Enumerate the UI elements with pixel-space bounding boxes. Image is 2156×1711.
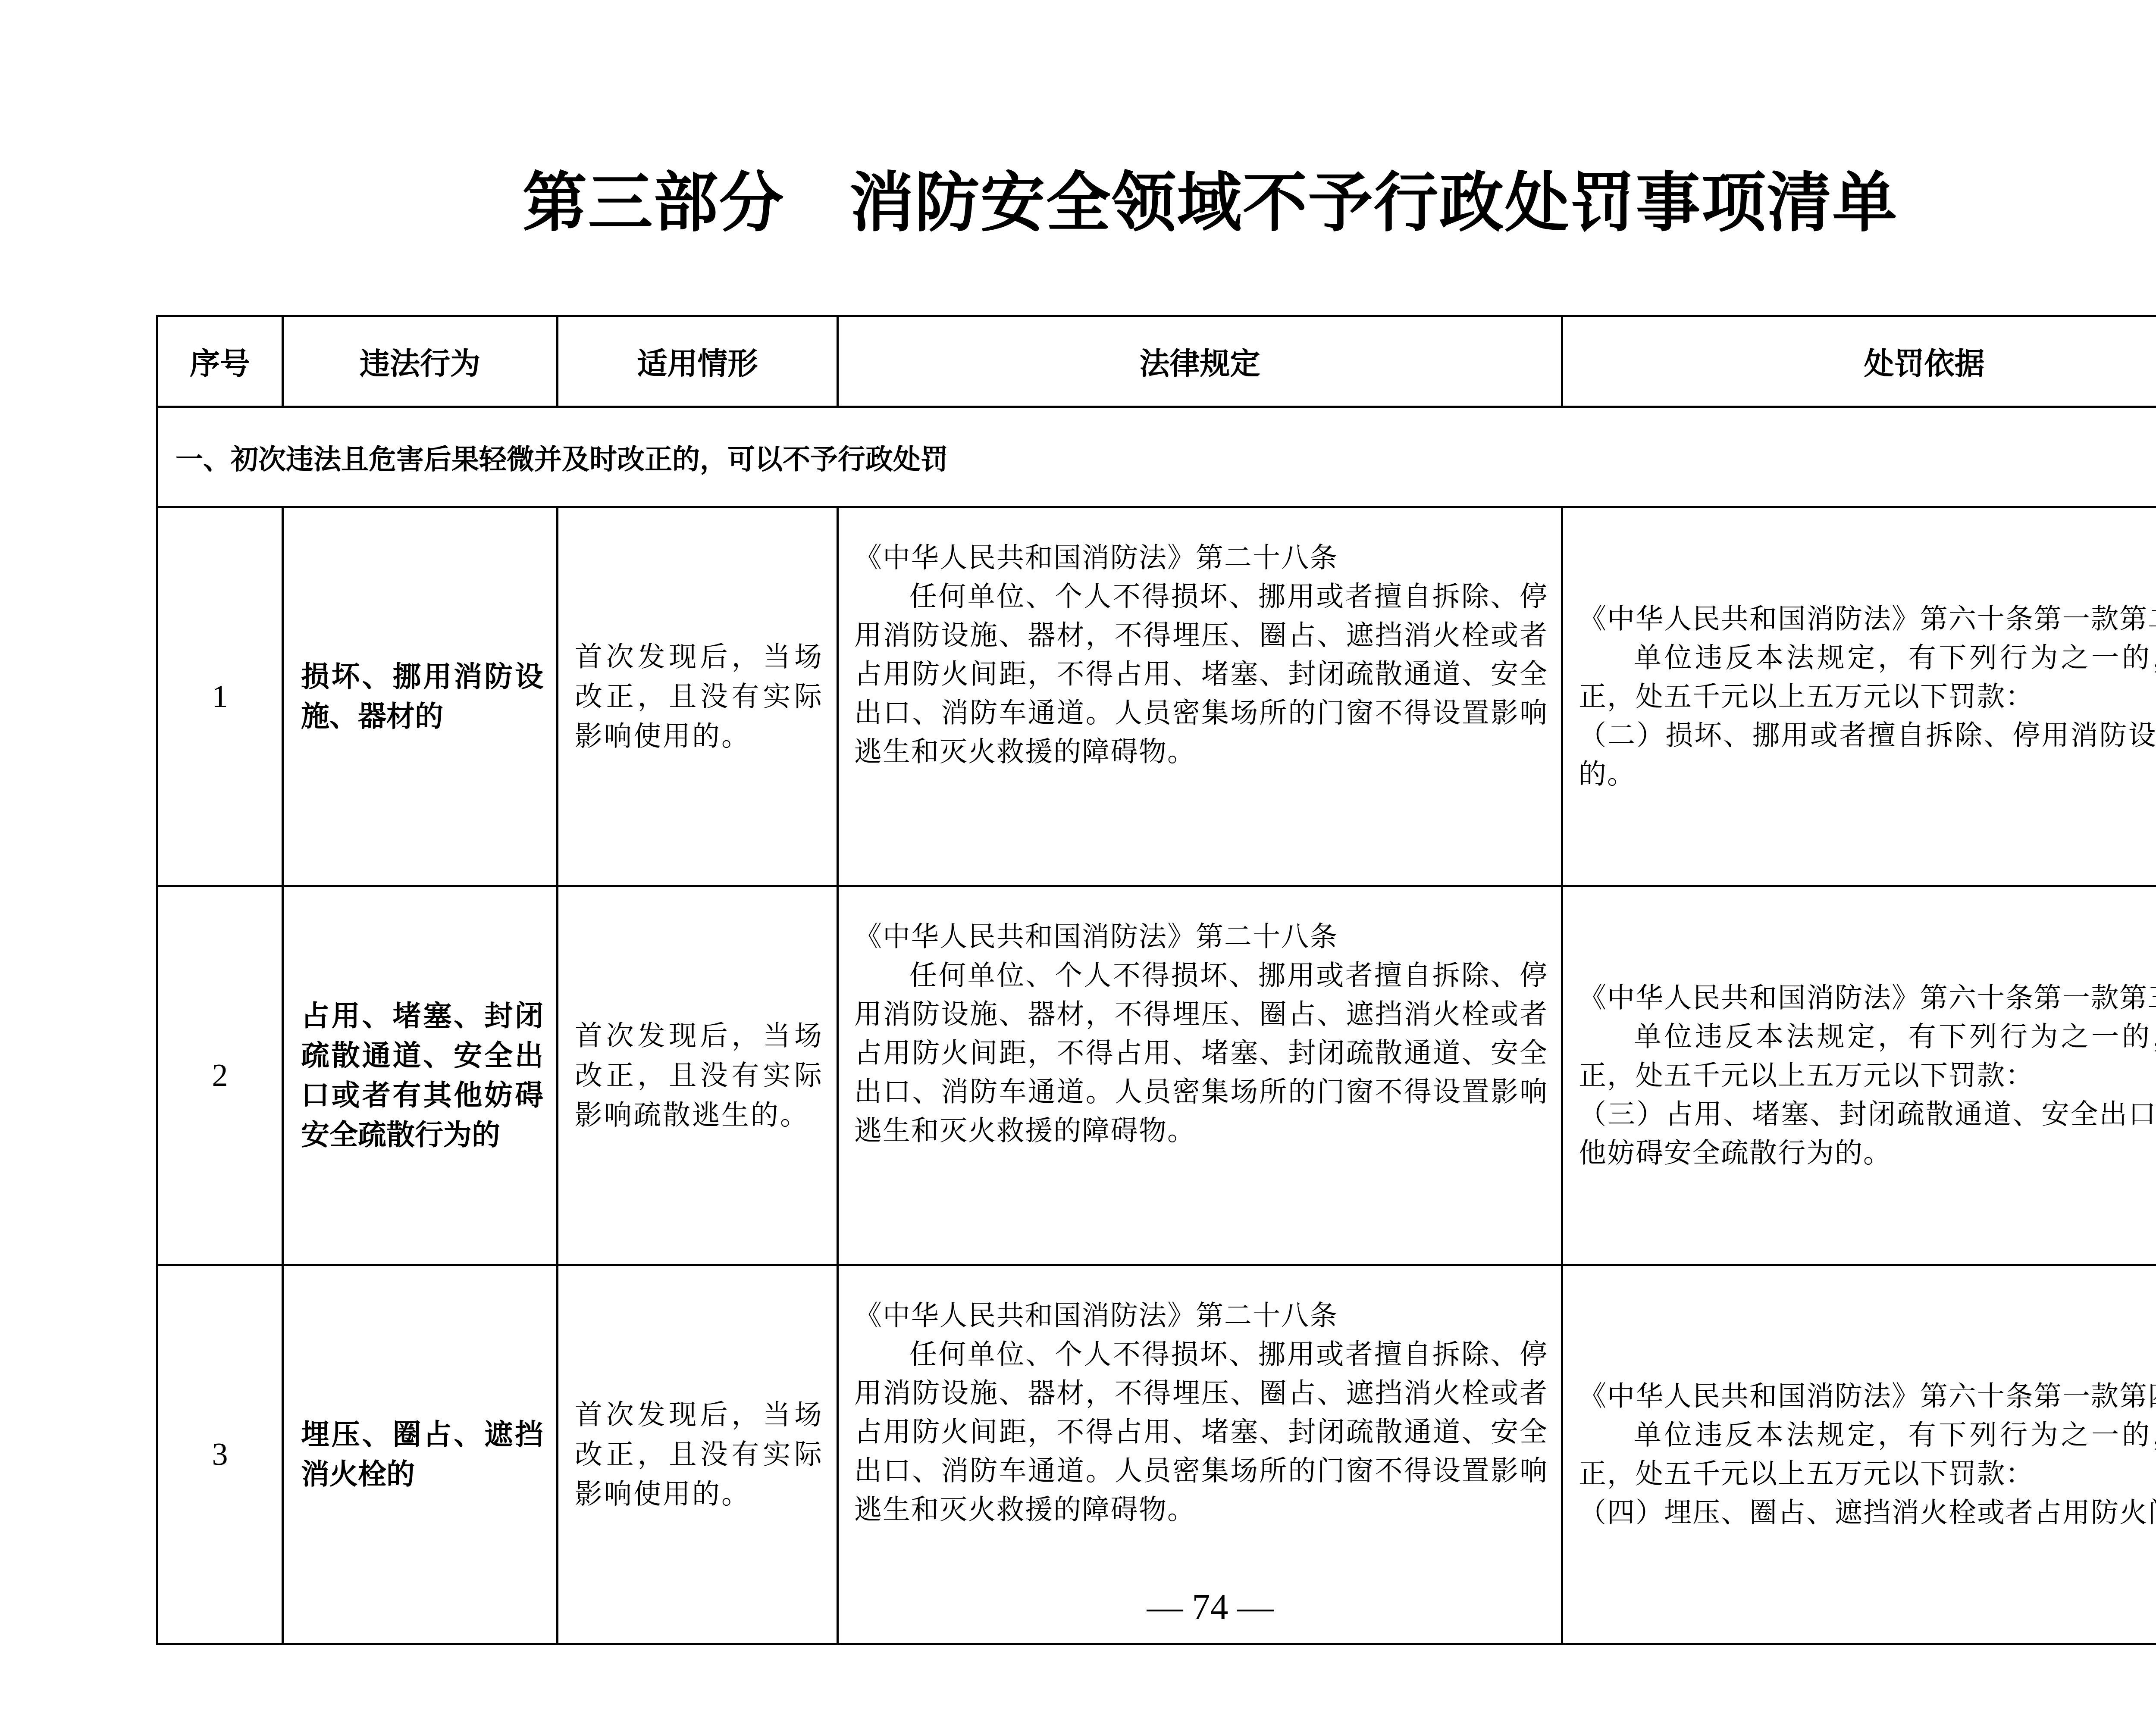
basis-text: 单位违反本法规定，有下列行为之一的，责令改正，处五千元以上五万元以下罚款：	[1579, 1416, 2156, 1493]
row-number: 1	[157, 507, 283, 886]
legal-provision: 《中华人民共和国消防法》第二十八条 任何单位、个人不得损坏、挪用或者擅自拆除、停…	[838, 507, 1562, 886]
basis-text: 单位违反本法规定，有下列行为之一的，责令改正，处五千元以上五万元以下罚款：	[1579, 638, 2156, 716]
law-text: 任何单位、个人不得损坏、挪用或者擅自拆除、停用消防设施、器材，不得埋压、圈占、遮…	[854, 577, 1548, 771]
header-act: 违法行为	[283, 316, 558, 407]
title-main: 消防安全领域不予行政处罚事项清单	[849, 165, 1898, 241]
header-basis: 处罚依据	[1562, 316, 2156, 407]
page-title: 第三部分消防安全领域不予行政处罚事项清单	[0, 160, 2156, 246]
basis-text: 单位违反本法规定，有下列行为之一的，责令改正，处五千元以上五万元以下罚款：	[1579, 1017, 2156, 1095]
basis-item: （四）埋压、圈占、遮挡消火栓或者占用防火间距的。	[1579, 1493, 2156, 1532]
penalty-basis: 《中华人民共和国消防法》第六十条第一款第三项 单位违反本法规定，有下列行为之一的…	[1562, 886, 2156, 1265]
basis-title: 《中华人民共和国消防法》第六十条第一款第三项	[1579, 979, 2156, 1017]
title-part: 第三部分	[522, 165, 784, 241]
row-number: 2	[157, 886, 283, 1265]
law-title: 《中华人民共和国消防法》第二十八条	[854, 917, 1548, 956]
penalty-exemption-table: 序号 违法行为 适用情形 法律规定 处罚依据 一、初次违法且危害后果轻微并及时改…	[156, 315, 2156, 1645]
law-title: 《中华人民共和国消防法》第二十八条	[854, 1296, 1548, 1335]
table-header-row: 序号 违法行为 适用情形 法律规定 处罚依据	[157, 316, 2156, 407]
violation-act: 占用、堵塞、封闭疏散通道、安全出口或者有其他妨碍安全疏散行为的	[283, 886, 558, 1265]
applicable-condition: 首次发现后，当场改正，且没有实际影响疏散逃生的。	[558, 886, 838, 1265]
document-page: 第三部分消防安全领域不予行政处罚事项清单 序号 违法行为 适用情形 法律规定 处…	[0, 0, 2156, 1711]
page-number: — 74 —	[0, 1586, 2156, 1628]
header-condition: 适用情形	[558, 316, 838, 407]
legal-provision: 《中华人民共和国消防法》第二十八条 任何单位、个人不得损坏、挪用或者擅自拆除、停…	[838, 886, 1562, 1265]
section-heading: 一、初次违法且危害后果轻微并及时改正的，可以不予行政处罚	[157, 407, 2156, 507]
basis-title: 《中华人民共和国消防法》第六十条第一款第四项	[1579, 1377, 2156, 1416]
basis-item: （二）损坏、挪用或者擅自拆除、停用消防设施、器材的。	[1579, 716, 2156, 794]
header-law: 法律规定	[838, 316, 1562, 407]
applicable-condition: 首次发现后，当场改正，且没有实际影响使用的。	[558, 507, 838, 886]
violation-act: 损坏、挪用消防设施、器材的	[283, 507, 558, 886]
law-text: 任何单位、个人不得损坏、挪用或者擅自拆除、停用消防设施、器材，不得埋压、圈占、遮…	[854, 1335, 1548, 1529]
table-row: 1 损坏、挪用消防设施、器材的 首次发现后，当场改正，且没有实际影响使用的。 《…	[157, 507, 2156, 886]
penalty-basis: 《中华人民共和国消防法》第六十条第一款第二项 单位违反本法规定，有下列行为之一的…	[1562, 507, 2156, 886]
header-no: 序号	[157, 316, 283, 407]
basis-item: （三）占用、堵塞、封闭疏散通道、安全出口或者有其他妨碍安全疏散行为的。	[1579, 1095, 2156, 1173]
table-row: 2 占用、堵塞、封闭疏散通道、安全出口或者有其他妨碍安全疏散行为的 首次发现后，…	[157, 886, 2156, 1265]
section-row: 一、初次违法且危害后果轻微并及时改正的，可以不予行政处罚	[157, 407, 2156, 507]
basis-title: 《中华人民共和国消防法》第六十条第一款第二项	[1579, 600, 2156, 638]
law-text: 任何单位、个人不得损坏、挪用或者擅自拆除、停用消防设施、器材，不得埋压、圈占、遮…	[854, 956, 1548, 1150]
law-title: 《中华人民共和国消防法》第二十八条	[854, 538, 1548, 577]
